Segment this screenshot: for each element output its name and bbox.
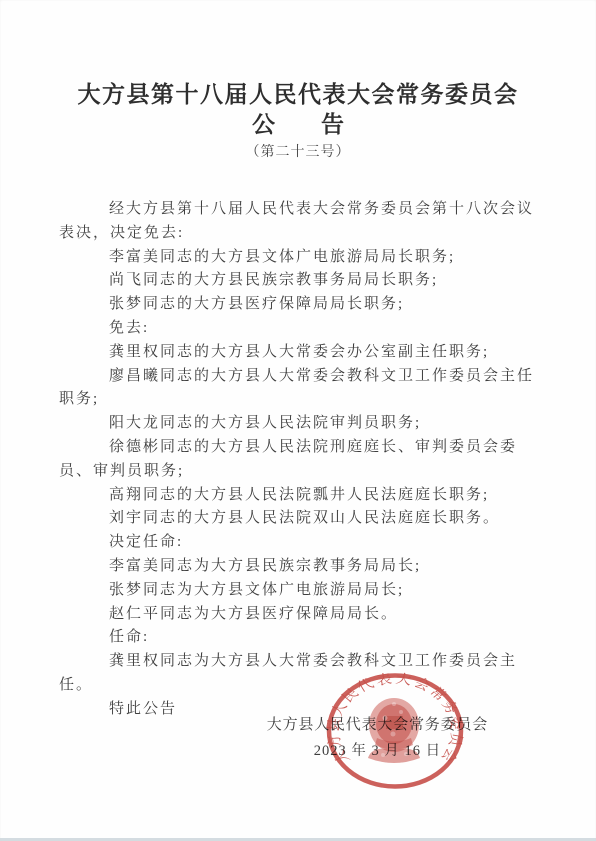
title-block: 大方县第十八届人民代表大会常务委员会 公 告 （第二十三号）	[0, 0, 596, 163]
paragraph: 免去:	[59, 317, 542, 341]
paragraph: 李富美同志为大方县民族宗教事务局局长;	[59, 555, 542, 579]
paragraph: 尚飞同志的大方县民族宗教事务局局长职务;	[59, 269, 542, 293]
paragraph: 阳大龙同志的大方县人民法院审判员职务;	[59, 412, 542, 436]
paragraph: 高翔同志的大方县人民法院瓢井人民法庭庭长职务;	[59, 484, 542, 508]
signature-date: 2023 年 3 月 16 日	[267, 740, 488, 762]
paragraph: 张梦同志的大方县医疗保障局局长职务;	[59, 293, 542, 317]
paragraph: 决定任命:	[59, 531, 542, 555]
body-paragraphs: 经大方县第十八届人民代表大会常务委员会第十八次会议表决，决定免去:李富美同志的大…	[59, 198, 542, 722]
paragraph: 龚里权同志为大方县人大常委会教科文卫工作委员会主任。	[59, 650, 542, 698]
paragraph: 张梦同志为大方县文体广电旅游局局长;	[59, 579, 542, 603]
announcement-title: 公 告	[0, 110, 596, 139]
paragraph: 赵仁平同志为大方县医疗保障局局长。	[59, 603, 542, 627]
signature-block: 大方县人民代表大会常务委员会 2023 年 3 月 16 日	[267, 713, 488, 762]
paragraph: 徐德彬同志的大方县人民法院刑庭庭长、审判委员会委员、审判员职务;	[59, 436, 542, 484]
document-page: 大方县第十八届人民代表大会常务委员会 公 告 （第二十三号） 经大方县第十八届人…	[0, 0, 596, 841]
paragraph: 任命:	[59, 626, 542, 650]
signature-name: 大方县人民代表大会常务委员会	[267, 713, 488, 737]
paragraph: 李富美同志的大方县文体广电旅游局局长职务;	[59, 246, 542, 270]
paragraph: 龚里权同志的大方县人大常委会办公室副主任职务;	[59, 341, 542, 365]
paragraph: 廖昌曦同志的大方县人大常委会教科文卫工作委员会主任职务;	[59, 365, 542, 413]
paragraph: 刘宇同志的大方县人民法院双山人民法庭庭长职务。	[59, 507, 542, 531]
page-title: 大方县第十八届人民代表大会常务委员会	[0, 80, 596, 110]
doc-number: （第二十三号）	[0, 143, 596, 163]
paragraph: 经大方县第十八届人民代表大会常务委员会第十八次会议表决，决定免去:	[59, 198, 542, 246]
